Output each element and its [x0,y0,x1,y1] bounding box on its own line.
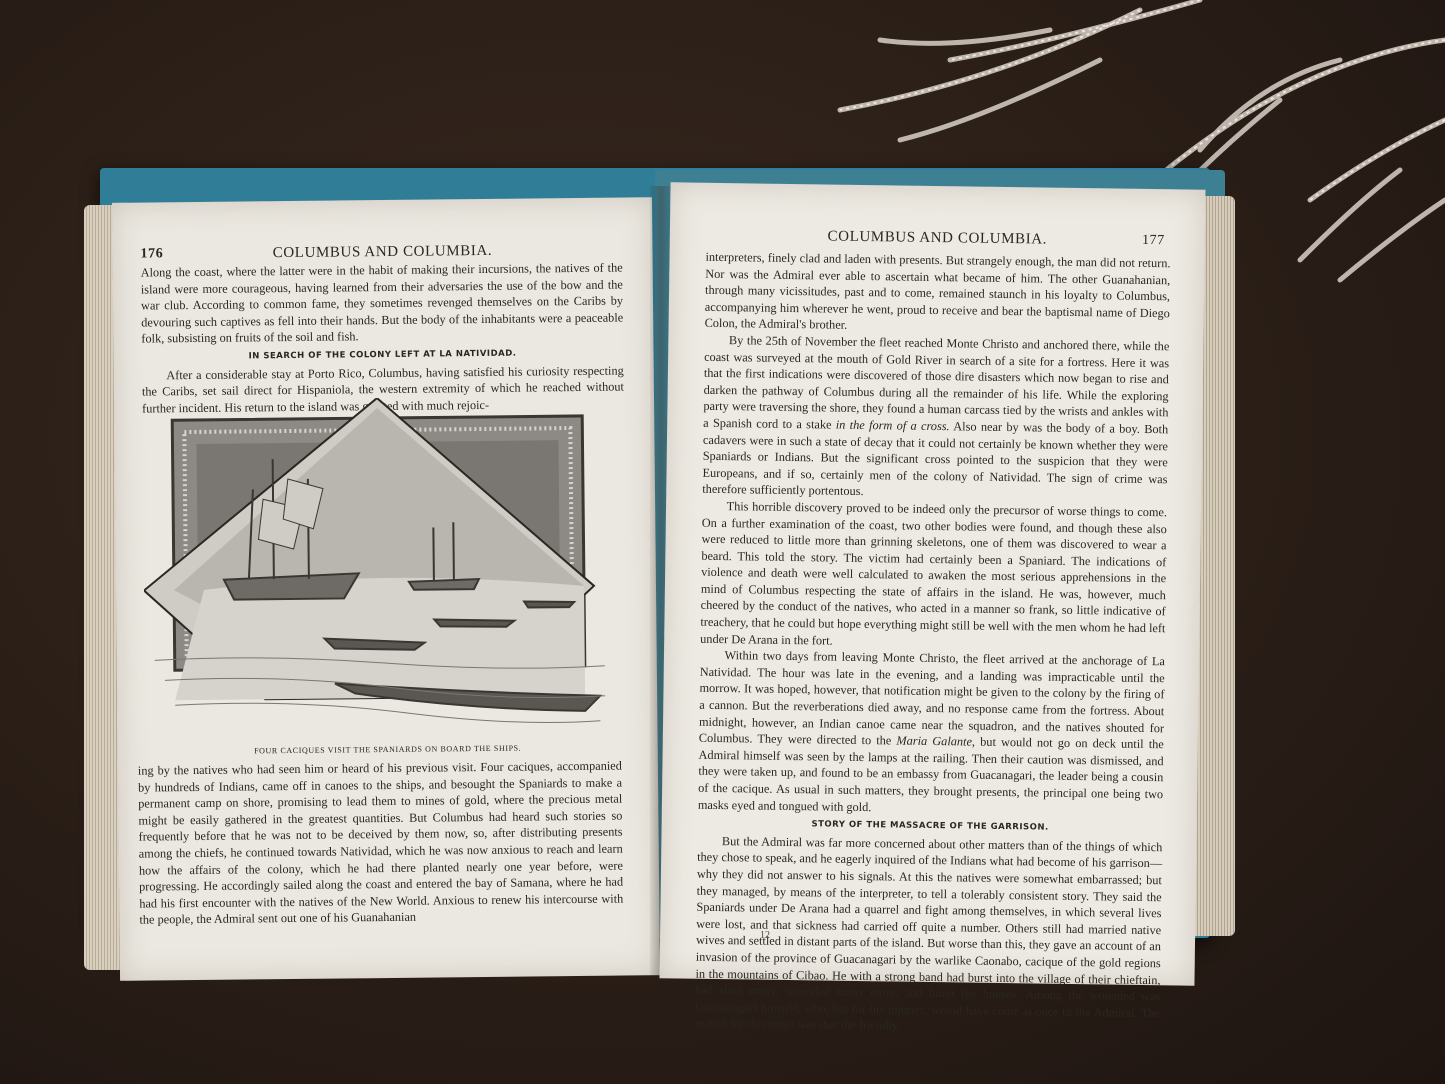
paragraph: This horrible discovery proved to be ind… [700,498,1167,654]
paragraph-text: Within two days from leaving Monte Chris… [699,648,1165,747]
left-page: 176 COLUMBUS AND COLUMBIA. Along the coa… [112,197,660,981]
paragraph: Within two days from leaving Monte Chris… [698,647,1165,819]
text-block-top: Along the coast, where the latter were i… [141,260,625,417]
right-page: COLUMBUS AND COLUMBIA. 177 interpreters,… [659,182,1205,985]
paragraph-text: By the 25th of November the fleet reache… [703,333,1169,431]
running-head-title: COLUMBUS AND COLUMBIA. [670,226,1205,250]
page-number: 177 [1142,233,1165,249]
running-head: COLUMBUS AND COLUMBIA. 177 [670,226,1205,233]
illustration-caption: FOUR CACIQUES VISIT THE SPANIARDS ON BOA… [118,742,658,757]
text-block: interpreters, finely clad and laden with… [695,249,1171,1038]
paragraph-italic-text: in the form of a cross. [836,418,950,434]
open-book: 176 COLUMBUS AND COLUMBIA. Along the coa… [0,0,1445,1084]
ship-name-italic: Maria Galante [896,734,972,749]
signature-mark: 12 [760,930,770,941]
paragraph: ing by the natives who had seen him or h… [138,758,624,929]
running-head: 176 COLUMBUS AND COLUMBIA. [112,241,652,247]
engraving-illustration [142,396,616,743]
paragraph: By the 25th of November the fleet reache… [702,332,1169,504]
text-block-bottom: ing by the natives who had seen him or h… [138,758,624,929]
paragraph: Along the coast, where the latter were i… [141,260,624,348]
paragraph: interpreters, finely clad and laden with… [704,249,1170,338]
